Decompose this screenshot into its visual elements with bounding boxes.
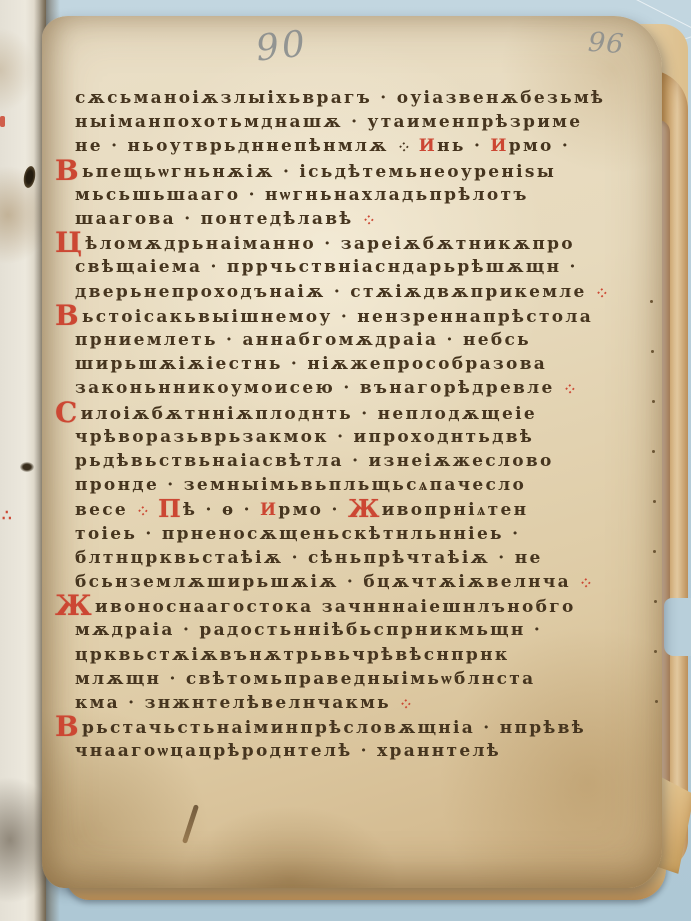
manuscript-page: 90 96 сѫсьманоіѫзлыіхьврагъ · оуіазвенѫб… [42, 16, 662, 888]
ink-text: мьсьшьшааго · нѡгньнахладьпрѣлотъ [75, 185, 529, 205]
ink-text: ныіманпохотьмднашѫ · утаименпрѣзриме [75, 112, 582, 132]
ink-text: блтнцрквьстаѣіѫ · сѣньпрѣчтаѣіѫ · не [75, 548, 543, 568]
pricking-dot [653, 500, 656, 503]
manuscript-line: мѫдраіа · радостьнніѣбьспрникмьщн · [75, 618, 542, 642]
pricking-dot [654, 650, 657, 653]
rubric-text: И [260, 500, 278, 520]
manuscript-line: чнаагоѡцацрѣроднтелѣ · храннтелѣ [75, 739, 501, 763]
rubric-text: И [490, 136, 508, 156]
manuscript-line: весе ∷ Пѣ · ѳ · Ирмо · Живопрніѧтен [75, 497, 528, 521]
manuscript-line: кма · знжнтелѣвелнчакмь ∷ [75, 691, 413, 715]
ink-text: тоіеь · прненосѫщеньскѣтнльнніеь · [75, 524, 520, 544]
folio-number-pencil-right: 96 [587, 27, 625, 60]
ink-text: ьстоісакьвыішнемоу · нензреннапрѣстола [82, 307, 593, 327]
ink-text: кма · знжнтелѣвелнчакмь [75, 693, 399, 713]
ink-text: шаагова · понтедѣлавѣ [75, 209, 362, 229]
manuscript-line: сѫсьманоіѫзлыіхьврагъ · оуіазвенѫбезьмѣ [75, 86, 605, 110]
manuscript-line: црквьстѫіѫвънѫтрьвьчрѣвѣснпрнк [75, 643, 509, 667]
ink-text: ширьшѫіѫіестнь · ніѫжепрособразова [75, 354, 547, 374]
ink-text: бсьнземлѫширьшѫіѫ · бцѫчтѫіѫвелнча [75, 572, 579, 592]
manuscript-line: не · ньоутврьдннепѣнмлѫ ∷ Инь · Ирмо · [75, 134, 570, 158]
ink-text: мѫдраіа · радостьнніѣбьспрникмьщн · [75, 620, 542, 640]
manuscript-line: бсьнземлѫширьшѫіѫ · бцѫчтѫіѫвелнча ∷ [75, 570, 593, 594]
manuscript-line: Вьстоісакьвыішнемоу · нензреннапрѣстола [75, 304, 593, 328]
manuscript-line: Вьпещьѡгньнѫіѫ · ісьдѣтемьнеоуреніѕы [75, 159, 556, 183]
pricking-dot [652, 400, 655, 403]
ink-text: чрѣворазьврьзакмок · ипроходнтьдвѣ [75, 427, 534, 447]
margin-red-dots: ∴ [2, 506, 13, 524]
manuscript-line: пронде · земныімьвьпльщьсѧпачесло [75, 473, 526, 497]
ink-text: ѣ · ѳ · [183, 500, 260, 520]
initial-rubric: В [55, 710, 81, 743]
ink-text: дверьнепроходънаіѫ · стѫіѫдвѫприкемле [75, 282, 595, 302]
ink-text: законьнникоумоисею · вънагорѣдревле [75, 378, 563, 398]
manuscript-line: ширьшѫіѫіестнь · ніѫжепрособразова [75, 352, 547, 376]
manuscript-photo: 90 96 сѫсьманоіѫзлыіхьврагъ · оуіазвенѫб… [0, 0, 691, 921]
rubric-text: П [158, 494, 183, 523]
initial-rubric: С [55, 396, 80, 429]
ink-text: црквьстѫіѫвънѫтрьвьчрѣвѣснпрнк [75, 645, 509, 665]
manuscript-line: законьнникоумоисею · вънагорѣдревле ∷ [75, 376, 576, 400]
torn-edge-gap [664, 598, 691, 656]
manuscript-text: сѫсьманоіѫзлыіхьврагъ · оуіазвенѫбезьмѣн… [75, 86, 641, 806]
initial-rubric: В [55, 154, 81, 187]
ink-text: ивоноснаагостока зачнннаіешнлънобго [95, 597, 576, 617]
manuscript-line: ныіманпохотьмднашѫ · утаименпрѣзриме [75, 110, 582, 134]
ink-text: сѫсьманоіѫзлыіхьврагъ · оуіазвенѫбезьмѣ [75, 88, 605, 108]
pricking-dot [650, 300, 653, 303]
ink-text: рмо · [278, 500, 348, 520]
pricking-dot [654, 600, 657, 603]
manuscript-line: мьсьшьшааго · нѡгньнахладьпрѣлотъ [75, 183, 529, 207]
ink-text: не · ньоутврьдннепѣнмлѫ [75, 136, 397, 156]
ink-text: млѫщн · свѣтомьправедныімьѡблнста [75, 669, 535, 689]
pricking-dot [653, 550, 656, 553]
ink-smudge [182, 804, 199, 844]
manuscript-line: шаагова · понтедѣлавѣ ∷ [75, 207, 375, 231]
margin-red-mark [0, 116, 5, 127]
pricking-dot [652, 450, 655, 453]
ink-text: рьдѣвьствьнаіасвѣтла · изнеіѫжеслово [75, 451, 554, 471]
manuscript-line: рьдѣвьствьнаіасвѣтла · изнеіѫжеслово [75, 449, 554, 473]
ink-text: илоіѫбѫтнніѫплоднть · неплодѫщеіе [81, 404, 537, 424]
ink-text: ивопрніѧтен [382, 500, 529, 520]
manuscript-line: свѣщаіема · пррчьствніасндарьрѣшѫщн · [75, 255, 578, 279]
ink-text: чнаагоѡцацрѣроднтелѣ · храннтелѣ [75, 741, 501, 761]
ink-text: пронде · земныімьвьпльщьсѧпачесло [75, 475, 526, 495]
ink-text: весе [75, 500, 136, 520]
gutter-sewing-notch [20, 462, 34, 472]
manuscript-line: дверьнепроходънаіѫ · стѫіѫдвѫприкемле ∷ [75, 280, 609, 304]
ink-text: рьстачьстьнаіминпрѣсловѫщніа · нпрѣвѣ [82, 718, 586, 738]
ink-text: рмо · [509, 136, 570, 156]
ink-text: ьпещьѡгньнѫіѫ · ісьдѣтемьнеоуреніѕы [82, 162, 556, 182]
ink-text: нь · [437, 136, 490, 156]
initial-rubric: В [55, 299, 81, 332]
ink-text: свѣщаіема · пррчьствніасндарьрѣшѫщн · [75, 257, 578, 277]
rubric-text: И [419, 136, 437, 156]
pricking-dot [655, 700, 658, 703]
manuscript-line: прниемлеть · аннабгомѫдраіа · небсь [75, 328, 531, 352]
manuscript-line: млѫщн · свѣтомьправедныімьѡблнста [75, 667, 535, 691]
manuscript-line: чрѣворазьврьзакмок · ипроходнтьдвѣ [75, 425, 534, 449]
ink-text: прниемлеть · аннабгомѫдраіа · небсь [75, 330, 531, 350]
initial-rubric: Ж [55, 589, 94, 622]
manuscript-line: Силоіѫбѫтнніѫплоднть · неплодѫщеіе [75, 401, 537, 425]
manuscript-line: Врьстачьстьнаіминпрѣсловѫщніа · нпрѣвѣ [75, 715, 586, 739]
manuscript-line: Живоноснаагостока зачнннаіешнлънобго [75, 594, 576, 618]
rubric-text: Ж [348, 494, 382, 523]
manuscript-line: тоіеь · прненосѫщеньскѣтнльнніеь · [75, 522, 520, 546]
manuscript-line: Цѣломѫдрьнаіманно · зареіѫбѫтникѫпро [75, 231, 575, 255]
folio-number-pencil-center: 90 [254, 23, 310, 69]
ink-text: ѣломѫдрьнаіманно · зареіѫбѫтникѫпро [85, 234, 575, 254]
pricking-dot [651, 350, 654, 353]
initial-rubric: Ц [55, 226, 84, 259]
manuscript-line: блтнцрквьстаѣіѫ · сѣньпрѣчтаѣіѫ · не [75, 546, 543, 570]
